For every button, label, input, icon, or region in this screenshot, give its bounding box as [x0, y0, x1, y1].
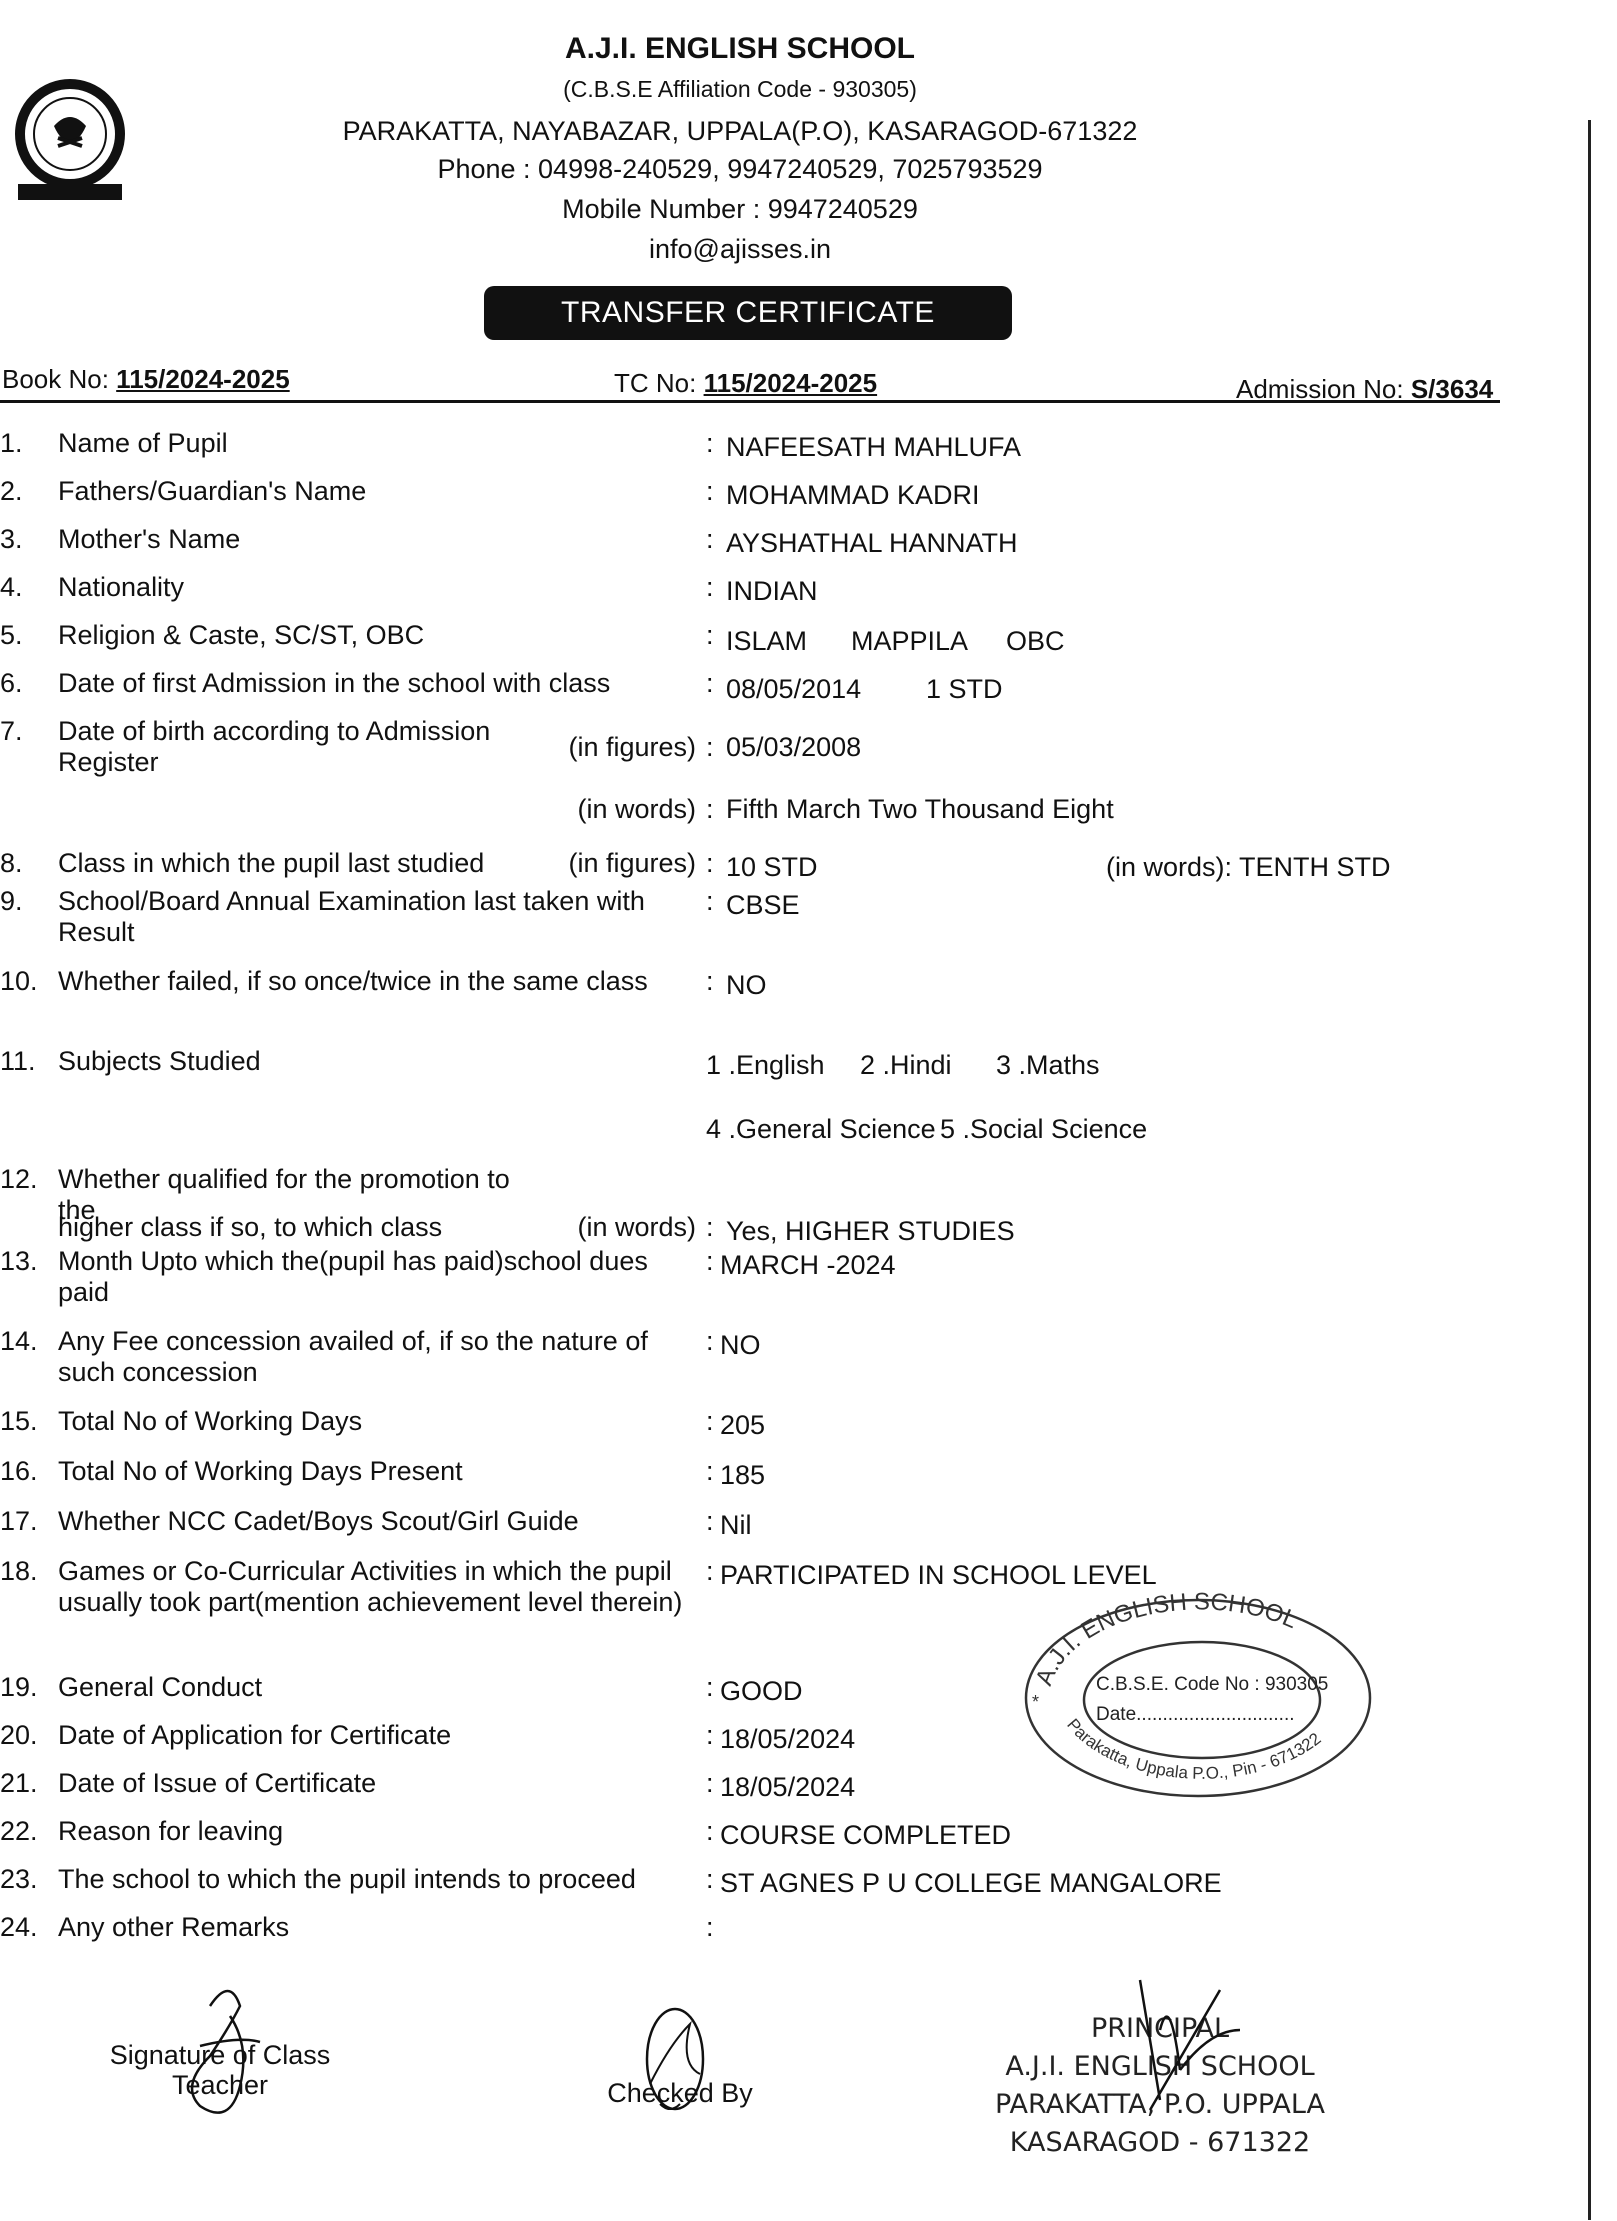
field-value: COURSE COMPLETED [720, 1820, 1011, 1851]
subject-item: 3 .Maths [996, 1050, 1100, 1081]
field-label: Reason for leaving [58, 1816, 688, 1847]
field-colon: : [706, 428, 714, 459]
in-figures-label: (in figures) [0, 732, 696, 763]
field-colon: : [706, 1864, 714, 1895]
field-colon: : [706, 732, 714, 763]
field-value: PARTICIPATED IN SCHOOL LEVEL [720, 1560, 1157, 1591]
field-value: 205 [720, 1410, 765, 1441]
field-colon: : [706, 1912, 714, 1943]
field-number: 13. [0, 1246, 52, 1277]
field-colon: : [706, 1506, 714, 1537]
field-number: 22. [0, 1816, 52, 1847]
school-phone: Phone : 04998-240529, 9947240529, 702579… [0, 154, 1480, 185]
field-number: 24. [0, 1912, 52, 1943]
field-label: Name of Pupil [58, 428, 688, 459]
field-label: School/Board Annual Examination last tak… [58, 886, 688, 948]
field-label: Any Fee concession availed of, if so the… [58, 1326, 688, 1388]
field-number: 4. [0, 572, 52, 603]
field-value-part: 1 STD [926, 674, 1003, 705]
field-number: 2. [0, 476, 52, 507]
field-colon: : [706, 1720, 714, 1751]
field-number: 14. [0, 1326, 52, 1357]
field-label: Games or Co-Curricular Activities in whi… [58, 1556, 688, 1618]
field-value-part: 08/05/2014 [726, 674, 861, 705]
field-number: 18. [0, 1556, 52, 1587]
field-value: AYSHATHAL HANNATH [726, 528, 1018, 559]
in-words-value: (in words): TENTH STD [1106, 852, 1391, 883]
field-label: Mother's Name [58, 524, 688, 555]
school-email: info@ajisses.in [0, 234, 1480, 265]
in-words-label: (in words) [0, 794, 696, 825]
checker-signature-scribble-icon [620, 2004, 730, 2124]
book-number: Book No: 115/2024-2025 [2, 364, 290, 395]
in-figures-label: (in figures) [0, 848, 696, 879]
field-number: 3. [0, 524, 52, 555]
svg-text:C.B.S.E. Code No : 930305: C.B.S.E. Code No : 930305 [1096, 1674, 1328, 1695]
field-label: Date of Issue of Certificate [58, 1768, 688, 1799]
field-number: 10. [0, 966, 52, 997]
field-value: 18/05/2024 [720, 1724, 855, 1755]
field-value: CBSE [726, 890, 800, 921]
field-value: MOHAMMAD KADRI [726, 480, 980, 511]
field-number: 21. [0, 1768, 52, 1799]
field-label: The school to which the pupil intends to… [58, 1864, 688, 1895]
field-number: 5. [0, 620, 52, 651]
field-label: Total No of Working Days Present [58, 1456, 688, 1487]
field-number: 20. [0, 1720, 52, 1751]
field-value: NO [720, 1330, 761, 1361]
field-colon: : [706, 620, 714, 651]
field-colon: : [706, 886, 714, 917]
subject-item: 1 .English [706, 1050, 825, 1081]
teacher-signature-scribble-icon [170, 1986, 280, 2126]
field-value: NO [726, 970, 767, 1001]
field-number: 23. [0, 1864, 52, 1895]
field-colon: : [706, 1672, 714, 1703]
field-colon: : [706, 1816, 714, 1847]
field-colon: : [706, 524, 714, 555]
svg-text:*: * [1032, 1692, 1039, 1712]
field-number: 19. [0, 1672, 52, 1703]
field-value: INDIAN [726, 576, 818, 607]
field-label: Fathers/Guardian's Name [58, 476, 688, 507]
subject-item: 2 .Hindi [860, 1050, 952, 1081]
field-label: General Conduct [58, 1672, 688, 1703]
field-colon: : [706, 1326, 714, 1357]
affiliation-code: (C.B.S.E Affiliation Code - 930305) [0, 76, 1480, 103]
tc-number: TC No: 115/2024-2025 [614, 368, 877, 399]
field-colon: : [706, 572, 714, 603]
field-label: Subjects Studied [58, 1046, 688, 1077]
field-value: 05/03/2008 [726, 732, 861, 763]
school-name: A.J.I. ENGLISH SCHOOL [0, 32, 1480, 66]
field-value-part: ISLAM [726, 626, 807, 657]
field-number: 1. [0, 428, 52, 459]
field-number: 12. [0, 1164, 52, 1195]
in-words-label: (in words) [0, 1212, 696, 1243]
field-label: Whether failed, if so once/twice in the … [58, 966, 688, 997]
field-value: Nil [720, 1510, 752, 1541]
field-number: 11. [0, 1046, 52, 1077]
field-label: Total No of Working Days [58, 1406, 688, 1437]
field-number: 17. [0, 1506, 52, 1537]
field-colon: : [706, 1212, 714, 1243]
scan-edge-line [1588, 120, 1591, 2220]
field-colon: : [706, 668, 714, 699]
field-value: MARCH -2024 [720, 1250, 896, 1281]
field-value: 18/05/2024 [720, 1772, 855, 1803]
subject-item: 5 .Social Science [940, 1114, 1147, 1145]
field-colon: : [706, 1768, 714, 1799]
field-label: Religion & Caste, SC/ST, OBC [58, 620, 688, 651]
field-label: Date of Application for Certificate [58, 1720, 688, 1751]
field-colon: : [706, 476, 714, 507]
field-colon: : [706, 848, 714, 879]
field-colon: : [706, 1456, 714, 1487]
field-colon: : [706, 1406, 714, 1437]
field-value: ST AGNES P U COLLEGE MANGALORE [720, 1868, 1222, 1899]
subject-item: 4 .General Science [706, 1114, 936, 1145]
field-value: NAFEESATH MAHLUFA [726, 432, 1021, 463]
field-number: 16. [0, 1456, 52, 1487]
field-label: Any other Remarks [58, 1912, 688, 1943]
field-colon: : [706, 794, 714, 825]
field-number: 6. [0, 668, 52, 699]
principal-signature-scribble-icon [1120, 1970, 1260, 2120]
svg-text:Date..........................: Date.............................. [1096, 1704, 1295, 1725]
field-label: Nationality [58, 572, 688, 603]
field-value-part: MAPPILA [851, 626, 968, 657]
field-label: Month Upto which the(pupil has paid)scho… [58, 1246, 688, 1308]
svg-text:Parakatta, Uppala P.O., Pin -: Parakatta, Uppala P.O., Pin - 671322 [1063, 1715, 1324, 1783]
field-number: 9. [0, 886, 52, 917]
field-value-part: OBC [1006, 626, 1065, 657]
field-colon: : [706, 966, 714, 997]
field-value: GOOD [720, 1676, 803, 1707]
field-colon: : [706, 1556, 714, 1587]
field-value-words: Fifth March Two Thousand Eight [726, 794, 1114, 825]
field-value: 185 [720, 1460, 765, 1491]
field-number: 15. [0, 1406, 52, 1437]
school-address: PARAKATTA, NAYABAZAR, UPPALA(P.O), KASAR… [0, 116, 1480, 147]
school-seal-stamp-icon: A.J.I. ENGLISH SCHOOL Parakatta, Uppala … [1020, 1590, 1376, 1800]
field-value: Yes, HIGHER STUDIES [726, 1216, 1015, 1247]
field-value: 10 STD [726, 852, 818, 883]
document-title: TRANSFER CERTIFICATE [484, 286, 1012, 340]
field-colon: : [706, 1246, 714, 1277]
field-label: Whether NCC Cadet/Boys Scout/Girl Guide [58, 1506, 688, 1537]
school-mobile: Mobile Number : 9947240529 [0, 194, 1480, 225]
header-divider [0, 400, 1500, 403]
field-label: Date of first Admission in the school wi… [58, 668, 688, 699]
